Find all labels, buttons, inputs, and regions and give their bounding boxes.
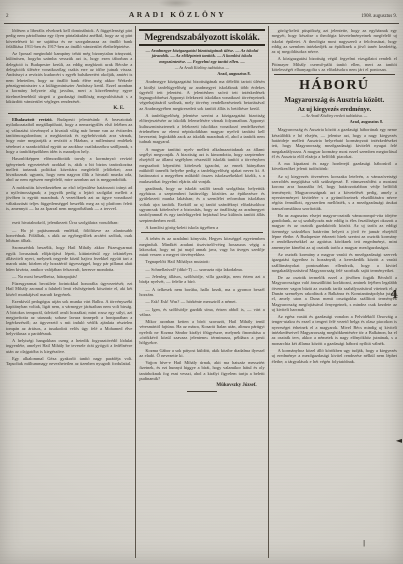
paragraph: Egy alkalommal Géza gyakorló tanító nagy… [6, 356, 132, 367]
paragraph: Vajjon híve-e Hail Mihály úrnak, akit ma… [139, 360, 264, 381]
paragraph: Az osztrák kormány a magyar vasúti és me… [272, 252, 397, 273]
column-middle: Megrendszabályozott iskolák. — Aradmegye… [135, 26, 267, 558]
page-header: 2 ARADI KÖZLÖNY 1908. augusztus 9. [6, 10, 397, 19]
dialogue-paragraph: — Schnellzúval? (dikó-T) — szavazta rája… [139, 267, 264, 272]
margin-arrow-mark: ◄ [396, 436, 402, 445]
paragraph: A ma kipattant és nagy horderejű gazdasá… [272, 161, 397, 172]
headline-rule-top [139, 29, 264, 31]
dialogue-paragraph: — Esk! Esk! Was? — hörkénte messziről a … [139, 299, 264, 304]
paragraph: A tanfelügyelőség jelentése szerint a kö… [139, 113, 264, 145]
section-rule [8, 113, 130, 114]
newspaper-title: ARADI KÖZLÖNY [36, 10, 319, 19]
war-article-headline: HÁBORÚ [272, 78, 397, 94]
paragraph: gazdának, hogy az iskolát szülői tanult … [139, 186, 264, 223]
dialogue-paragraph: — Igen, és szőlősödje gazdák síma, értse… [139, 307, 264, 318]
column-layout: lődésen a liberális elveknek kell dominá… [3, 26, 400, 558]
column-right: görög-keleti püspökség azt jelentette, h… [268, 26, 400, 558]
paragraph: esett hivatalnokról, jelentkezett Úrra s… [6, 220, 132, 225]
paragraph: Tegnapelőtt Hail Mihályra mutatott: [139, 259, 264, 264]
dateline: Arad, augusztus 8. [139, 71, 264, 76]
paragraph: A közigazgatási bizottság végül fegyelmi… [272, 56, 397, 72]
column-left: lődésen a liberális elveknek kell dominá… [3, 26, 135, 558]
paragraph: A kormányhoz közel álló körökben ugy tud… [272, 348, 397, 364]
paragraph: Az egész vasúti és gazdasági vonalon a F… [272, 314, 397, 346]
article-deck: — Aradmegye közigazgatási bizottságának … [140, 48, 263, 64]
header-rule [4, 23, 399, 24]
issue-date: 1908. augusztus 9. [319, 14, 397, 19]
dialogue-paragraph: — Jelenleg állásos, szőlősödje, villa ga… [139, 274, 264, 285]
paragraph: Hasonlóképpen előmozdították tavaly a ko… [6, 156, 132, 182]
page-number: 2 [6, 14, 36, 19]
newspaper-page: 2 ARADI KÖZLÖNY 1908. augusztus 9. lődés… [0, 0, 403, 564]
paragraph: A módosítás következtében az első teljes… [6, 185, 132, 211]
end-rule [187, 391, 217, 392]
margin-mark-4: 4 [390, 288, 398, 301]
paragraph: Az uj kiegyezés ötvenéves korszaka letel… [272, 174, 397, 211]
paragraph: Szomszédok beszélik, hogy Hail Mihály ak… [6, 245, 132, 271]
paragraph: A magyar tanítási nyelv mellett alkalmaz… [139, 147, 264, 184]
paragraph: Az Ipossal meginduló kampány tehát még b… [6, 51, 132, 104]
source-line: — Az Aradi Közlöny tudósítása. — [139, 66, 264, 70]
dialogue-paragraph: — Na most beszélhetsz, hátrapajtás! [6, 274, 132, 279]
paragraph: Füzesgyarmat becsülete forintokkal honor… [6, 281, 132, 297]
paragraph: lődésen a liberális elveknek kell dominá… [6, 28, 132, 49]
dateline: Arad, augusztus 8. [272, 119, 397, 124]
paragraph: A komlósi görög-keleti iskola ügyében a [139, 225, 264, 230]
paragraph: De az osztrák termelők ezzel a jövőben f… [272, 275, 397, 312]
author-signature: K. E. [6, 106, 132, 111]
paragraph-lead: Elhalasztott revízió. [12, 117, 53, 122]
war-article-subheadline-2: Az uj kiegyezés eredménye. [272, 106, 397, 113]
section-rule [141, 232, 262, 233]
paragraph: görög-keleti püspökség azt jelentette, h… [272, 28, 397, 54]
paragraph: Aradmegye közigazgatási bizottságának ma… [139, 79, 264, 111]
dialogue-paragraph: — Ha jó pajtásomnak emlékül, fölöltözve … [6, 228, 132, 244]
paragraph: Kozma Gábor a sok pátyost küldött, akik … [139, 348, 264, 359]
paragraph: Ezenkívül pedagógus utján sok munka várt… [6, 299, 132, 336]
margin-tick-mark: | [363, 540, 365, 547]
paragraph: Mikor azonban ketten a bírói szavazót, H… [139, 319, 264, 345]
headline-rule-bottom [139, 44, 264, 46]
paragraph: A helyiségi hangokban cseng a hetedik fo… [6, 338, 132, 354]
source-line: — Az Aradi Közlöny eredeti tudósítása. — [272, 114, 397, 118]
scan-smudge [158, 0, 194, 8]
paragraph-text: Budapesti jelentésünk: A beavatottak nyi… [6, 117, 132, 154]
paragraph: A tehén és az uradalmi könyvtár, Hegyes … [139, 236, 264, 257]
paragraph: Ha az augusztus elsejei magyar-osztrák v… [272, 213, 397, 250]
column-gap [6, 213, 132, 220]
author-signature: Mükovszky József. [139, 383, 264, 388]
article-headline: Megrendszabályozott iskolák. [139, 33, 264, 43]
paragraph: Elhalasztott revízió. Budapesti jelentés… [6, 117, 132, 154]
section-rule [274, 74, 395, 75]
paragraph: Magyarország és Ausztria között a gazdas… [272, 127, 397, 159]
dialogue-paragraph: — A telkesek nem borúba, hallo kezdi, ma… [139, 287, 264, 298]
war-article-subheadline: Magyarország és Ausztria között. [272, 96, 397, 104]
